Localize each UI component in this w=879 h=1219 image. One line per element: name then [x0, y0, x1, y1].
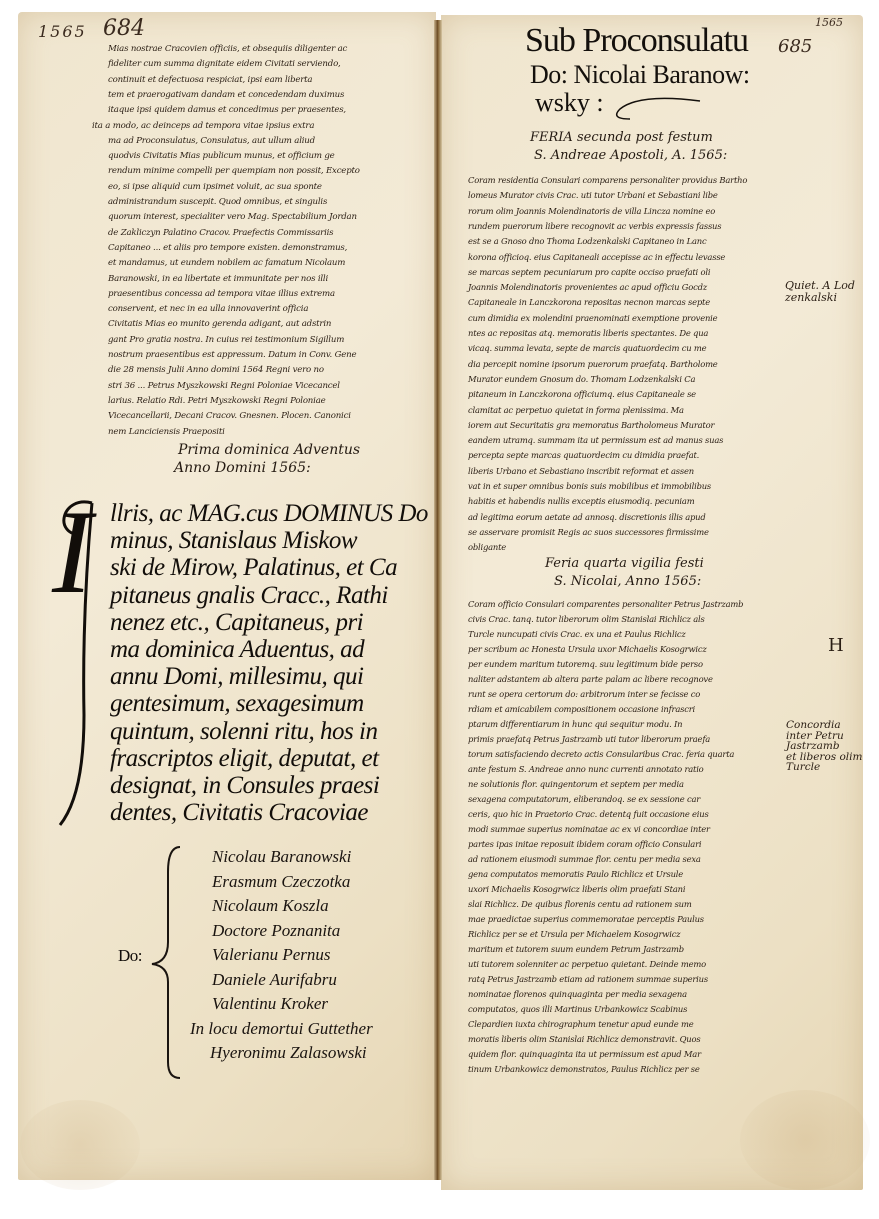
text-line: vicaq. summa levata, septe de marcis qua… [468, 343, 706, 353]
text-line: primis praefatq Petrus Jastrzamb uti tut… [468, 734, 710, 744]
margin-note-concordia: Concordia inter Petru Jastrzamb et liber… [786, 720, 862, 773]
text-line: Doctore Poznanita [212, 921, 340, 941]
text-line: Coram residentia Consulari comparens per… [468, 175, 747, 185]
text-line: administrandum suscepit. Quod omnibus, e… [108, 197, 327, 207]
title-line2: Do: Nicolai Baranow: [530, 60, 750, 90]
text-line: partes ipas initae reposuit ibidem coram… [468, 839, 701, 849]
text-line: ad rationem eiusmodi summae flor. centu … [468, 854, 701, 864]
text-line: Capitaneale in Lanczkorona repositas nec… [468, 297, 710, 307]
text-line: Capitaneo ... et aliis pro tempore exist… [108, 243, 347, 253]
text-line: de Zakliczyn Palatino Cracov. Praefectis… [108, 228, 333, 238]
text-line: nostrum praesentibus est appressum. Datu… [108, 350, 356, 360]
text-line: moratis liberis olim Stanislai Richlicz … [468, 1034, 700, 1044]
folio-year-left: 1565 [38, 22, 87, 41]
text-line: Baranowski, in ea libertate et immunitat… [108, 274, 328, 284]
text-line: obligante [468, 542, 506, 552]
margin-note-line: Concordia [786, 720, 862, 731]
text-line: Coram officio Consulari comparentes pers… [468, 599, 743, 609]
text-line: runt se opera certorum do: arbitrorum in… [468, 689, 700, 699]
text-line: Murator eundem Gnosum do. Thomam Lodzenk… [468, 374, 695, 384]
text-line: frascriptos eligit, deputat, et [110, 745, 379, 773]
text-line: nenez etc., Capitaneus, pri [110, 609, 363, 637]
text-line: Vicecancellarii, Decani Cracov. Gnesnen.… [108, 411, 351, 421]
brace-icon [140, 842, 220, 1082]
manuscript-spread: 1565 684 Mias nostrae Cracovien officiis… [0, 0, 879, 1219]
folio-number-left: 684 [103, 16, 145, 41]
text-line: computatos, quos illi Martinus Urbankowi… [468, 1004, 687, 1014]
text-line: rorum olim Joannis Molendinatoris de vil… [468, 206, 715, 216]
text-line: gant Pro gratia nostra. In cuius rei tes… [108, 335, 344, 345]
electors-label: Do: [118, 946, 142, 966]
text-line: llris, ac MAG.cus DOMINUS Do [110, 500, 428, 528]
text-line: nominatae florenos quinquaginta per medi… [468, 989, 687, 999]
text-line: Turcle nuncupati civis Crac. ex una et P… [468, 629, 686, 639]
text-line: Joannis Molendinatoris provenientes ac a… [468, 282, 707, 292]
text-line: clamitat ac perpetuo quietat in forma pl… [468, 405, 684, 415]
text-line: per scribum ac Honesta Ursula uxor Micha… [468, 644, 707, 654]
text-line: Valentinu Kroker [212, 994, 328, 1014]
folio-number-right: 685 [778, 36, 812, 57]
text-line: ntes ac repositas atq. memoratis liberis… [468, 328, 708, 338]
text-line: fideliter cum summa dignitate eidem Civi… [108, 59, 341, 69]
text-line: tem et praerogativam dandam et concedend… [108, 90, 344, 100]
margin-letter-h: H [828, 640, 844, 652]
text-line: maritum et tutorem suum eundem Petrum Ja… [468, 944, 684, 954]
page-stain [20, 1100, 140, 1190]
text-line: Civitatis Mias eo munito gerenda adigant… [108, 319, 331, 329]
margin-note-line: Jastrzamb [786, 741, 862, 752]
text-line: ma ad Proconsulatus, Consulatus, aut ull… [108, 136, 315, 146]
text-line: pitaneum in Lanczkorona officiumq. eius … [468, 389, 696, 399]
text-line: pitaneus gnalis Cracc., Rathi [110, 582, 388, 610]
text-line: et mandamus, ut eundem nobilem ac famatu… [108, 258, 345, 268]
entry2-heading-line1: Feria quarta vigilia festi [545, 556, 704, 571]
text-line: korona officioq. eius Capitaneali accepi… [468, 252, 725, 262]
text-line: Erasmum Czeczotka [212, 872, 350, 892]
text-line: quorum interest, specialiter vero Mag. S… [108, 212, 357, 222]
text-line: ad legitima eorum aetate ad annosq. disc… [468, 512, 706, 522]
text-line: designat, in Consules praesi [110, 772, 379, 800]
text-line: stri 36 ... Petrus Myszkowski Regni Polo… [108, 381, 340, 391]
text-line: gena computatos memoratis Paulo Richlicz… [468, 869, 683, 879]
text-line: ne solutionis flor. quingentorum et sept… [468, 779, 684, 789]
title-flourish-icon [600, 95, 710, 125]
folio-year-right: 1565 [815, 16, 843, 29]
text-line: iorem aut Securitatis gra memoratus Bart… [468, 420, 714, 430]
text-line: modi summae superius nominatae ac ex vi … [468, 824, 710, 834]
title-line1: Sub Proconsulatu [525, 22, 748, 60]
text-line: ante festum S. Andreae anno nunc current… [468, 764, 704, 774]
text-line: dia percepit nomine ipsorum puerorum pra… [468, 359, 718, 369]
text-line: quintum, solenni ritu, hos in [110, 718, 377, 746]
text-line: quidem flor. quinquaginta ita ut permiss… [468, 1049, 701, 1059]
text-line: Daniele Aurifabru [212, 970, 337, 990]
text-line: Clepardien iuxta chirographum tenetur ap… [468, 1019, 693, 1029]
text-line: liberis Urbano et Sebastiano inscribit r… [468, 466, 694, 476]
text-line: eo, si ipse aliquid cum ipsimet voluit, … [108, 182, 322, 192]
text-line: eandem utramq. summam ita ut permissum e… [468, 435, 723, 445]
text-line: civis Crac. tanq. tutor liberorum olim S… [468, 614, 705, 624]
text-line: ratq Petrus Jastrzamb etiam ad rationem … [468, 974, 708, 984]
text-line: uti tutorem solenniter ac perpetuo quiet… [468, 959, 706, 969]
text-line: torum satisfaciendo decreto actis Consul… [468, 749, 734, 759]
text-line: gentesimum, sexagesimum [110, 690, 364, 718]
text-line: annu Domi, millesimu, qui [110, 663, 363, 691]
page-stain [740, 1090, 870, 1190]
text-line: mae praedictae superius commemoratae per… [468, 914, 704, 924]
text-line: vat in et super omnibus bonis suis mobil… [468, 481, 711, 491]
text-line: sexagena computatorum, eliberandoq. se e… [468, 794, 700, 804]
text-line: praesentibus concessa ad tempora vitae i… [108, 289, 335, 299]
entry1-heading-line2: S. Andreae Apostoli, A. 1565: [534, 148, 727, 163]
text-line: per eundem maritum tutoremq. suu legitim… [468, 659, 703, 669]
text-line: Nicolau Baranowski [212, 847, 351, 867]
text-line: tinum Urbankowicz demonstratos, Paulus R… [468, 1064, 700, 1074]
entry1-heading-line1: FERIA secunda post festum [530, 130, 713, 145]
text-line: naliter adstantem ab altera parte palam … [468, 674, 713, 684]
text-line: uxori Michaelis Kosogrwicz liberis olim … [468, 884, 685, 894]
margin-note-quietatio: Quiet. A Lod zenkalski [785, 280, 855, 304]
text-line: lomeus Murator civis Crac. uti tutor Urb… [468, 190, 718, 200]
text-line: Nicolaum Koszla [212, 896, 329, 916]
text-line: Hyeronimu Zalasowski [210, 1043, 367, 1063]
text-line: nem Lanciciensis Praepositi [108, 427, 225, 437]
text-line: est se a Gnoso dno Thoma Lodzenkalski Ca… [468, 236, 706, 246]
text-line: habitis et habendis nullis exceptis eius… [468, 496, 694, 506]
title-line3: wsky : [535, 88, 604, 118]
text-line: ptarum differentiarum in hunc qui sequit… [468, 719, 682, 729]
text-line: larius. Relatio Rdi. Petri Myszkowski Re… [108, 396, 326, 406]
text-line: Richlicz per se et Ursula per Michaelem … [468, 929, 680, 939]
text-line: continuit et defectuosa respiciat, ipsi … [108, 75, 312, 85]
text-line: Valerianu Pernus [212, 945, 331, 965]
text-line: se marcas septem pecuniarum pro capite o… [468, 267, 710, 277]
book-gutter [434, 20, 442, 1180]
text-line: die 28 mensis Julii Anno domini 1564 Reg… [108, 365, 324, 375]
text-line: rundem puerorum libere recognovit ac ver… [468, 221, 721, 231]
text-line: itaque ipsi quidem damus et concedimus p… [108, 105, 346, 115]
text-line: slai Richlicz. De quibus florenis centu … [468, 899, 692, 909]
text-line: quodvis Civitatis Mias publicum munus, e… [108, 151, 335, 161]
text-line: ma dominica Aduentus, ad [110, 636, 364, 664]
text-line: rendum minime compelli per quempiam non … [108, 166, 360, 176]
text-line: In locu demortui Guttether [190, 1019, 373, 1039]
text-line: minus, Stanislaus Miskow [110, 527, 357, 555]
text-line: rdiam et amicabilem compositionem occasi… [468, 704, 695, 714]
text-line: cum dimidia ex molendini praenominati ex… [468, 313, 717, 323]
text-line: percepta septe marcas quatuordecim cu di… [468, 450, 699, 460]
text-line: se asservare promisit Regis ac suos succ… [468, 527, 709, 537]
left-heading-line1: Prima dominica Adventus [178, 442, 360, 458]
text-line: conservent, et nec in ea ulla innovaveri… [108, 304, 308, 314]
text-line: Mias nostrae Cracovien officiis, et obse… [108, 44, 347, 54]
margin-note-line: zenkalski [785, 292, 855, 304]
left-heading-line2: Anno Domini 1565: [174, 460, 311, 476]
entry2-heading-line2: S. Nicolai, Anno 1565: [554, 574, 701, 589]
text-line: dentes, Civitatis Cracoviae [110, 799, 368, 827]
margin-note-line: Turcle [786, 762, 862, 773]
text-line: ski de Mirow, Palatinus, et Ca [110, 554, 397, 582]
text-line: ceris, quo hic in Praetorio Crac. detent… [468, 809, 709, 819]
text-line: ita a modo, ac deinceps ad tempora vitae… [92, 121, 314, 131]
